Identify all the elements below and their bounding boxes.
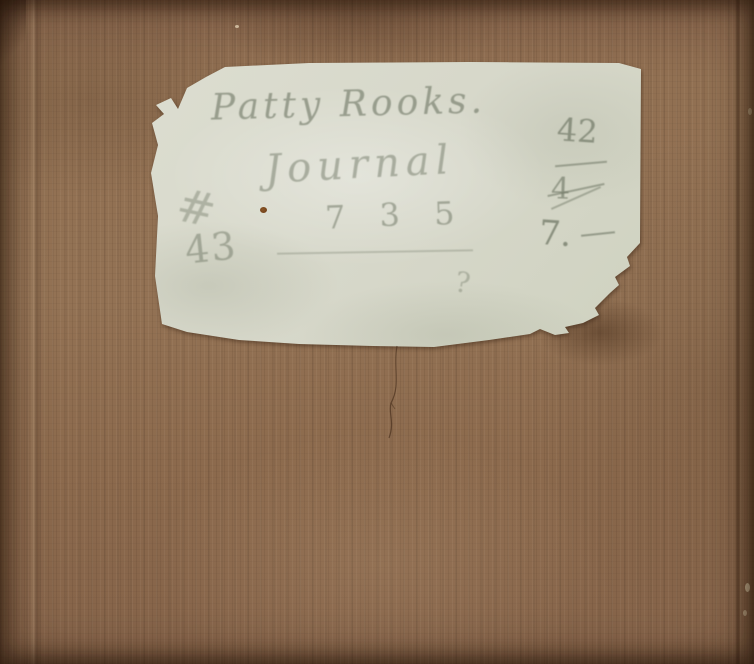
cover-crease-left [30, 0, 40, 664]
cover-speck [235, 25, 239, 28]
cover-corner-shadow [0, 0, 26, 70]
cover-crack [380, 345, 410, 440]
handwritten-number-7: 7. [538, 216, 573, 252]
edge-chip [748, 108, 752, 115]
torn-paper-label: Patty Rooks. Journal 7 3 5 # 43 42 4 7. … [149, 61, 644, 349]
handwritten-number-line: 7 3 5 [324, 197, 466, 234]
paper-label-wrap: Patty Rooks. Journal 7 3 5 # 43 42 4 7. … [149, 61, 644, 349]
handwritten-number-43: 43 [183, 226, 239, 269]
cover-edge-right [740, 0, 754, 664]
edge-chip [743, 610, 747, 616]
handwritten-number-42: 42 [556, 114, 599, 149]
journal-cover-photo: Patty Rooks. Journal 7 3 5 # 43 42 4 7. … [0, 0, 754, 664]
faint-pencil-line [277, 249, 473, 254]
handwritten-squiggle: ? [453, 268, 473, 298]
pencil-dash [581, 231, 615, 237]
edge-chip [745, 583, 750, 592]
rust-stain-spot [260, 207, 267, 213]
handwritten-journal-title: Journal [264, 140, 455, 190]
handwritten-owner-name: Patty Rooks. [211, 83, 487, 126]
pencil-underline [555, 161, 607, 168]
